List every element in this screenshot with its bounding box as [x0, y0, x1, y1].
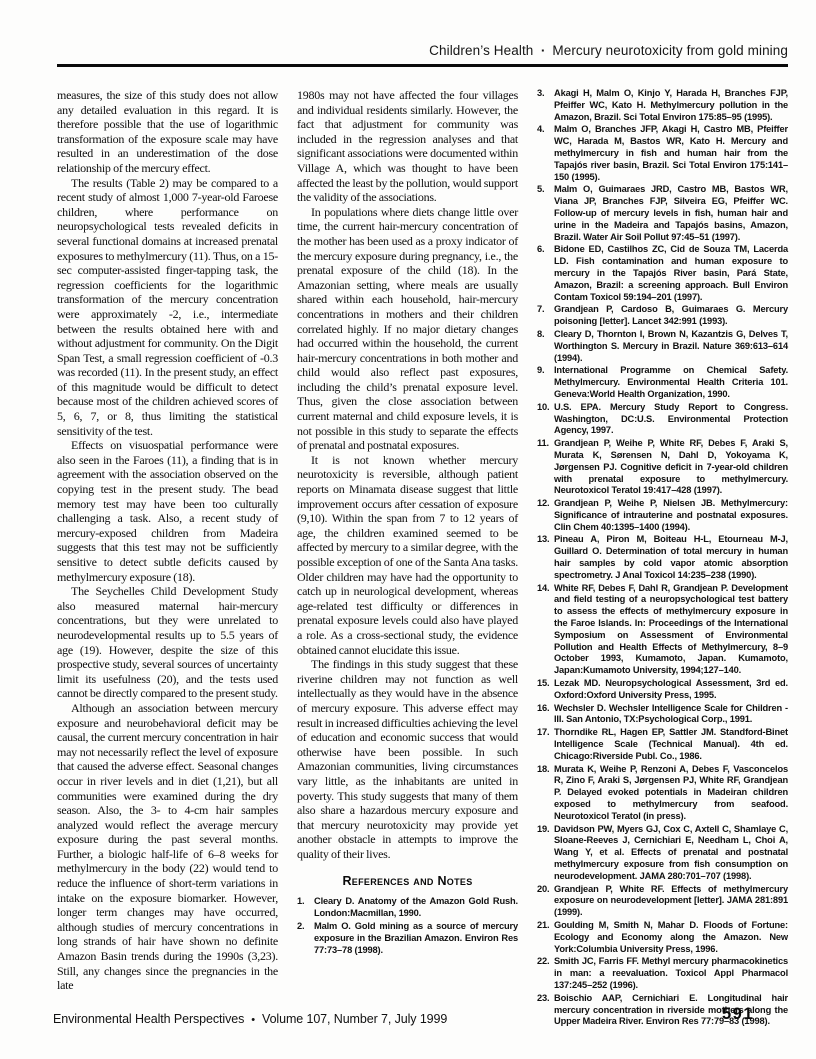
- references-list-part2: 3. Akagi H, Malm O, Kinjo Y, Harada H, B…: [537, 88, 788, 1029]
- reference-text: Bidone ED, Castilhos ZC, Cid de Souza TM…: [554, 244, 788, 301]
- reference-item: 2. Malm O. Gold mining as a source of me…: [297, 921, 518, 956]
- reference-text: White RF, Debes F, Dahl R, Grandjean P. …: [554, 583, 788, 676]
- reference-number: 11.: [537, 438, 549, 450]
- header-article-title: Mercury neurotoxicity from gold mining: [552, 43, 788, 58]
- square-bullet-icon: ▪: [541, 46, 544, 55]
- body-paragraph: The results (Table 2) may be compared to…: [57, 176, 278, 439]
- reference-number: 16.: [537, 703, 549, 715]
- body-paragraph: In populations where diets change little…: [297, 205, 518, 453]
- reference-item: 16. Wechsler D. Wechsler Intelligence Sc…: [537, 703, 788, 727]
- reference-number: 1.: [297, 896, 304, 908]
- reference-number: 5.: [537, 184, 544, 196]
- body-paragraph: 1980s may not have affected the four vil…: [297, 88, 518, 205]
- reference-item: 5. Malm O, Guimaraes JRD, Castro MB, Bas…: [537, 184, 788, 243]
- reference-item: 17. Thorndike RL, Hagen EP, Sattler JM. …: [537, 727, 788, 762]
- reference-item: 14. White RF, Debes F, Dahl R, Grandjean…: [537, 583, 788, 677]
- reference-number: 3.: [537, 88, 544, 100]
- reference-number: 10.: [537, 402, 549, 414]
- reference-text: Akagi H, Malm O, Kinjo Y, Harada H, Bran…: [554, 88, 788, 122]
- reference-item: 12. Grandjean P, Weihe P, Nielsen JB. Me…: [537, 498, 788, 533]
- header-rule: [57, 64, 788, 67]
- reference-item: 8. Cleary D, Thornton I, Brown N, Kazant…: [537, 329, 788, 364]
- reference-item: 19. Davidson PW, Myers GJ, Cox C, Axtell…: [537, 824, 788, 883]
- reference-item: 9. International Programme on Chemical S…: [537, 365, 788, 400]
- reference-text: Pineau A, Piron M, Boiteau H-L, Etournea…: [554, 534, 788, 579]
- reference-item: 3. Akagi H, Malm O, Kinjo Y, Harada H, B…: [537, 88, 788, 123]
- page-footer: Environmental Health Perspectives•Volume…: [53, 1012, 447, 1026]
- reference-text: Cleary D, Thornton I, Brown N, Kazantzis…: [554, 329, 788, 363]
- header-section-label: Children’s Health: [429, 43, 533, 58]
- reference-item: 15. Lezak MD. Neuropsychological Assessm…: [537, 678, 788, 702]
- page-header: Children’s Health▪Mercury neurotoxicity …: [429, 43, 788, 58]
- references-list-part1: 1. Cleary D. Anatomy of the Amazon Gold …: [297, 896, 518, 956]
- reference-item: 1. Cleary D. Anatomy of the Amazon Gold …: [297, 896, 518, 920]
- column-2-paragraphs: 1980s may not have affected the four vil…: [297, 88, 518, 861]
- reference-item: 22. Smith JC, Farris FF. Methyl mercury …: [537, 956, 788, 991]
- reference-item: 7. Grandjean P, Cardoso B, Guimaraes G. …: [537, 304, 788, 328]
- reference-text: Grandjean P, Weihe P, Nielsen JB. Methyl…: [554, 498, 788, 532]
- body-paragraph: The Seychelles Child Development Study a…: [57, 584, 278, 701]
- reference-text: Wechsler D. Wechsler Intelligence Scale …: [554, 703, 788, 725]
- reference-text: International Programme on Chemical Safe…: [554, 365, 788, 399]
- reference-number: 2.: [297, 921, 304, 933]
- body-paragraph: The findings in this study suggest that …: [297, 657, 518, 861]
- reference-text: Goulding M, Smith N, Mahar D. Floods of …: [554, 920, 788, 954]
- reference-text: Lezak MD. Neuropsychological Assessment,…: [554, 678, 788, 700]
- reference-text: Davidson PW, Myers GJ, Cox C, Axtell C, …: [554, 824, 788, 881]
- reference-item: 6. Bidone ED, Castilhos ZC, Cid de Souza…: [537, 244, 788, 303]
- reference-text: Thorndike RL, Hagen EP, Sattler JM. Stan…: [554, 727, 788, 761]
- body-paragraph: measures, the size of this study does no…: [57, 88, 278, 176]
- reference-number: 14.: [537, 583, 549, 595]
- text-column-2: 1980s may not have affected the four vil…: [297, 88, 518, 957]
- reference-text: Grandjean P, White RF. Effects of methyl…: [554, 884, 788, 918]
- reference-number: 22.: [537, 956, 549, 968]
- reference-text: Cleary D. Anatomy of the Amazon Gold Rus…: [314, 896, 518, 918]
- reference-number: 21.: [537, 920, 549, 932]
- body-paragraph: Effects on visuospatial performance were…: [57, 438, 278, 584]
- footer-journal-name: Environmental Health Perspectives: [53, 1012, 244, 1026]
- reference-text: Malm O. Gold mining as a source of mercu…: [314, 921, 518, 955]
- reference-number: 15.: [537, 678, 549, 690]
- reference-text: Smith JC, Farris FF. Methyl mercury phar…: [554, 956, 788, 990]
- reference-text: Grandjean P, Cardoso B, Guimaraes G. Mer…: [554, 304, 788, 326]
- text-column-1: measures, the size of this study does no…: [57, 88, 278, 993]
- reference-number: 4.: [537, 124, 544, 136]
- reference-number: 17.: [537, 727, 549, 739]
- references-heading: References and Notes: [297, 874, 518, 888]
- reference-number: 7.: [537, 304, 544, 316]
- reference-number: 23.: [537, 993, 549, 1005]
- reference-item: 4. Malm O, Branches JFP, Akagi H, Castro…: [537, 124, 788, 183]
- reference-item: 11. Grandjean P, Weihe P, White RF, Debe…: [537, 438, 788, 497]
- reference-text: Malm O, Guimaraes JRD, Castro MB, Bastos…: [554, 184, 788, 241]
- reference-number: 20.: [537, 884, 549, 896]
- body-paragraph: It is not known whether mercury neurotox…: [297, 453, 518, 657]
- reference-item: 21. Goulding M, Smith N, Mahar D. Floods…: [537, 920, 788, 955]
- reference-number: 12.: [537, 498, 549, 510]
- journal-page: Children’s Health▪Mercury neurotoxicity …: [0, 0, 816, 1059]
- reference-number: 19.: [537, 824, 549, 836]
- page-number: 591: [722, 1005, 754, 1024]
- reference-item: 18. Murata K, Weihe P, Renzoni A, Debes …: [537, 764, 788, 823]
- reference-number: 9.: [537, 365, 544, 377]
- reference-item: 13. Pineau A, Piron M, Boiteau H-L, Etou…: [537, 534, 788, 581]
- reference-text: Grandjean P, Weihe P, White RF, Debes F,…: [554, 438, 788, 495]
- reference-text: Malm O, Branches JFP, Akagi H, Castro MB…: [554, 124, 788, 181]
- reference-number: 8.: [537, 329, 544, 341]
- reference-number: 6.: [537, 244, 544, 256]
- reference-number: 13.: [537, 534, 549, 546]
- reference-number: 18.: [537, 764, 549, 776]
- dot-bullet-icon: •: [251, 1014, 255, 1026]
- reference-text: Murata K, Weihe P, Renzoni A, Debes F, V…: [554, 764, 788, 821]
- reference-item: 10. U.S. EPA. Mercury Study Report to Co…: [537, 402, 788, 437]
- footer-issue: Volume 107, Number 7, July 1999: [262, 1012, 447, 1026]
- body-paragraph: Although an association between mercury …: [57, 701, 278, 993]
- reference-text: U.S. EPA. Mercury Study Report to Congre…: [554, 402, 788, 436]
- reference-item: 20. Grandjean P, White RF. Effects of me…: [537, 884, 788, 919]
